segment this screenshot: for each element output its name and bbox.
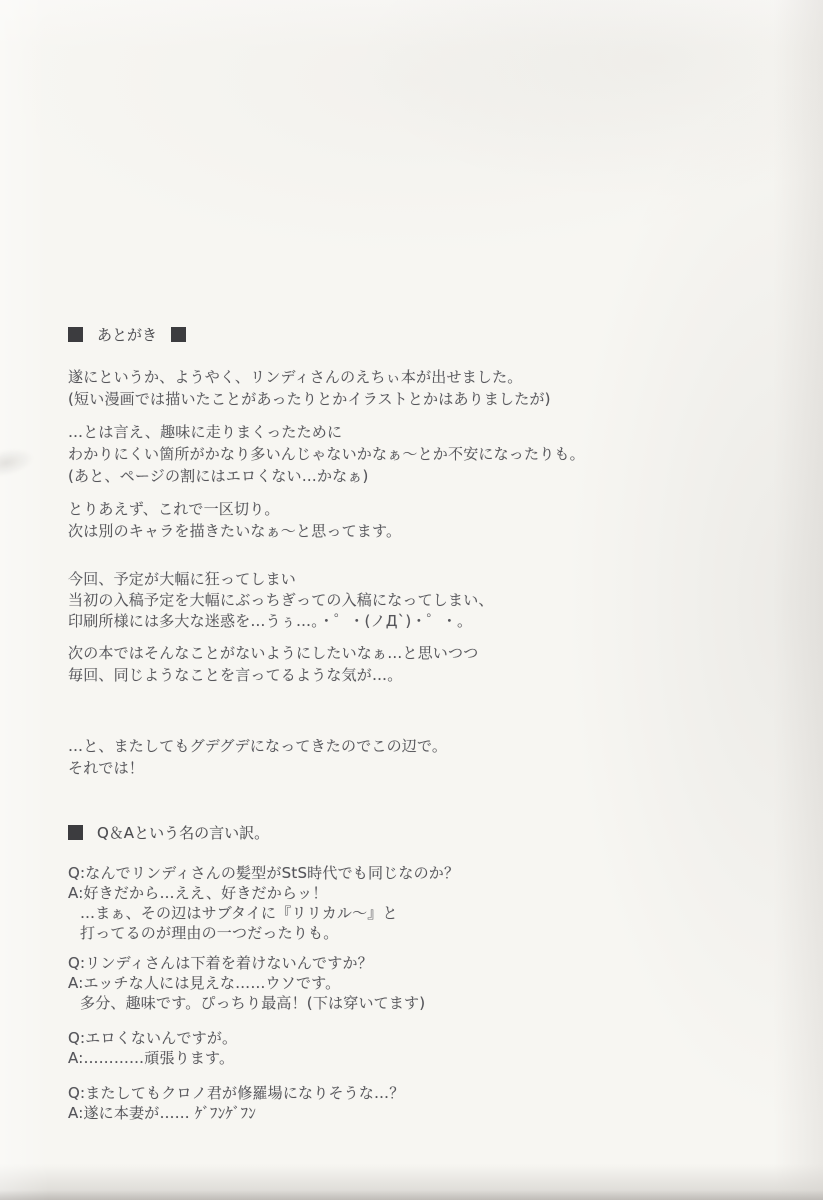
- afterword-line: 次の本ではそんなことがないようにしたいなぁ…と思いつつ: [68, 642, 478, 664]
- qa-answer: A:好きだから…ええ、好きだからッ！: [68, 883, 328, 903]
- qa-answer-continuation: …まぁ、その辺はサブタイに『リリカル～』と: [68, 903, 398, 923]
- qa-answer-continuation: 打ってるのが理由の一つだったりも。: [68, 923, 338, 943]
- square-bullet-icon: [68, 825, 83, 840]
- qa-answer: A:エッチな人には見えな……ウソです。: [68, 973, 340, 993]
- qa-question: Q:リンディさんは下着を着けないんですか？: [68, 953, 373, 973]
- afterword-line: …と、またしてもグデグデになってきたのでこの辺で。: [68, 735, 447, 757]
- afterword-line: 印刷所様には多大な迷惑を…うぅ…。・゜・(ノД`)・゜・。: [68, 610, 472, 632]
- qa-question: Q:またしてもクロノ君が修羅場になりそうな…？: [68, 1083, 404, 1103]
- afterword-line: わかりにくい箇所がかなり多いんじゃないかなぁ～とか不安になったりも。: [68, 443, 585, 465]
- qa-question: Q:エロくないんですが。: [68, 1028, 237, 1048]
- qa-title: Q＆Aという名の言い訳。: [97, 822, 269, 843]
- qa-answer-continuation: 多分、趣味です。ぴっちり最高！(下は穿いてます): [68, 993, 425, 1013]
- square-bullet-icon: [68, 327, 83, 342]
- afterword-heading: あとがき: [68, 324, 186, 345]
- afterword-line: 今回、予定が大幅に狂ってしまい: [68, 568, 296, 590]
- qa-question: Q:なんでリンディさんの髪型がStS時代でも同じなのか？: [68, 863, 459, 883]
- afterword-line: (短い漫画では描いたことがあったりとかイラストとかはありましたが): [68, 388, 551, 410]
- afterword-line: 次は別のキャラを描きたいなぁ～と思ってます。: [68, 520, 401, 542]
- square-bullet-icon: [171, 327, 186, 342]
- qa-answer: A:遂に本妻が…… ｹﾞﾌﾝｹﾞﾌﾝ: [68, 1103, 256, 1123]
- page-bottom-edge-shadow: [0, 1190, 823, 1200]
- afterword-line: (あと、ページの割にはエロくない…かなぁ): [68, 465, 369, 487]
- afterword-line: とりあえず、これで一区切り。: [68, 498, 280, 520]
- afterword-title: あとがき: [97, 324, 157, 345]
- afterword-line: それでは！: [68, 757, 144, 779]
- afterword-line: 当初の入稿予定を大幅にぶっちぎっての入稿になってしまい、: [68, 589, 494, 611]
- qa-answer: A:…………頑張ります。: [68, 1048, 234, 1068]
- afterword-line: …とは言え、趣味に走りまくったために: [68, 421, 342, 443]
- afterword-line: 遂にというか、ようやく、リンディさんのえちぃ本が出せました。: [68, 366, 523, 388]
- afterword-line: 毎回、同じようなことを言ってるような気が…。: [68, 664, 402, 686]
- qa-heading: Q＆Aという名の言い訳。: [68, 822, 269, 843]
